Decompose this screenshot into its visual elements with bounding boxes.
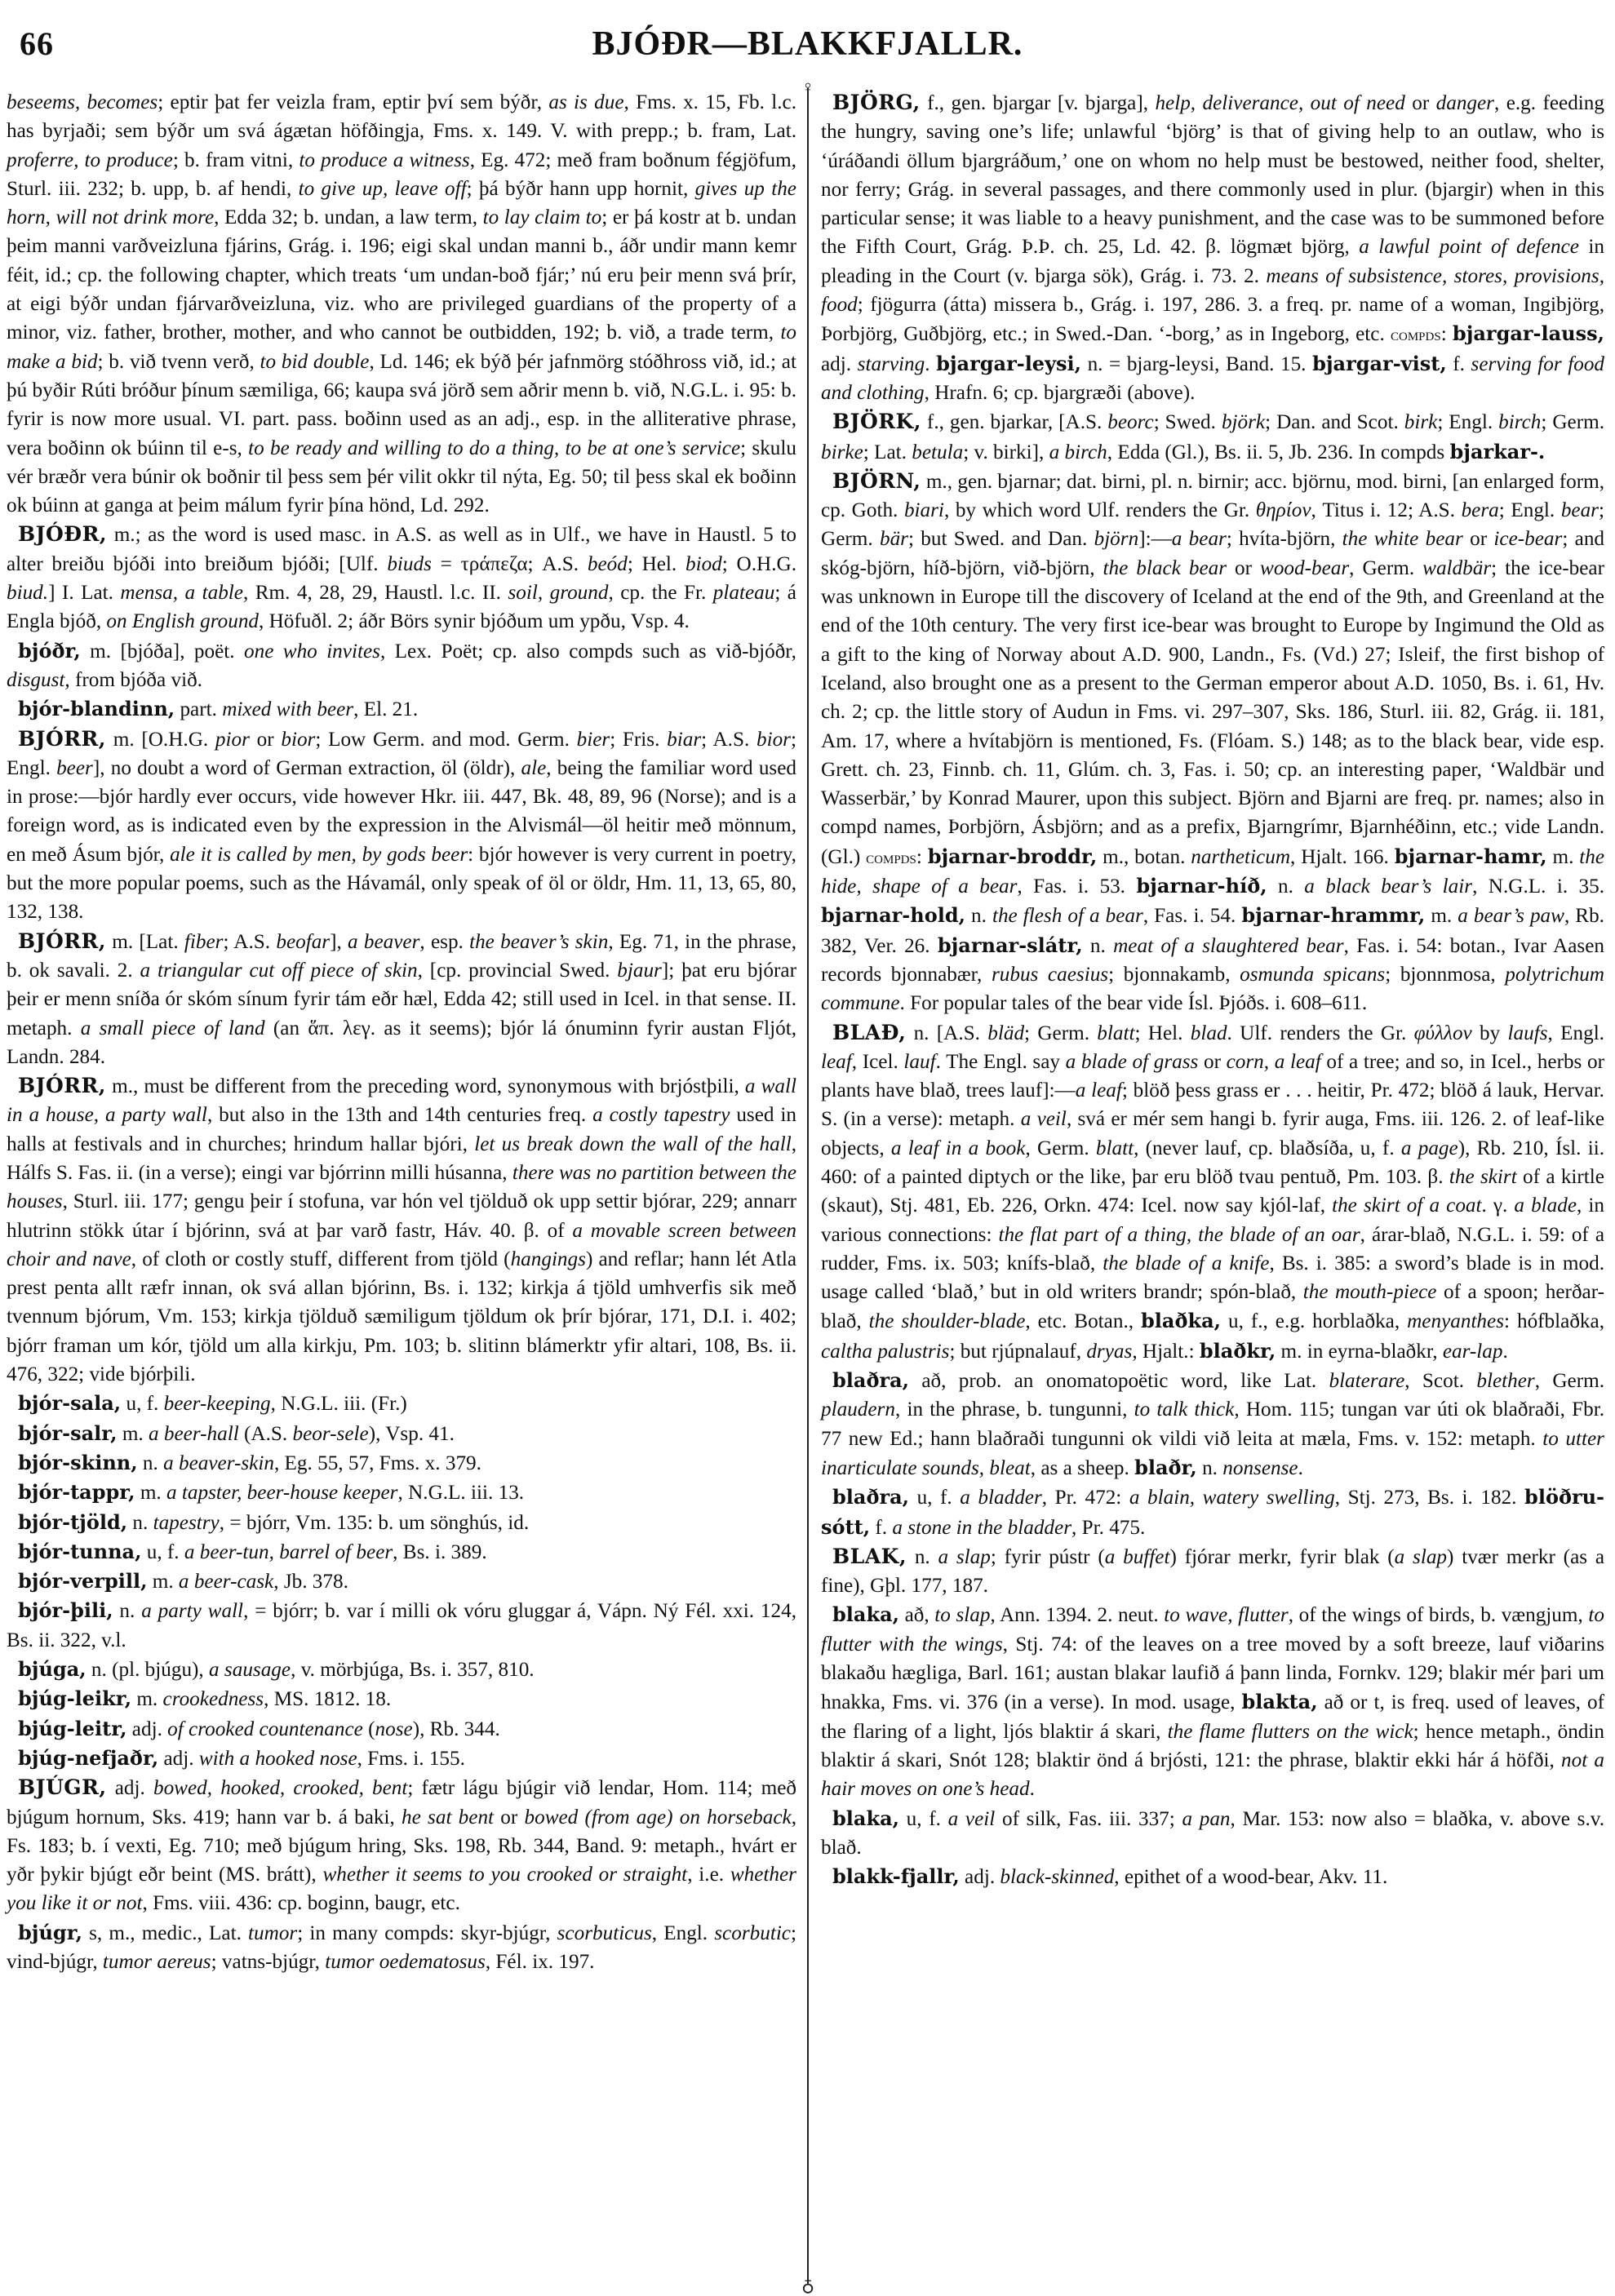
gloss-italic: betula (912, 441, 963, 463)
entry-text: n. (138, 1452, 163, 1474)
dictionary-entry: bjúg-nefjaðr, adj. with a hooked nose, F… (7, 1744, 796, 1773)
gloss-italic: ice-bear (1493, 528, 1562, 550)
gloss-italic: dryas (1086, 1341, 1132, 1363)
gloss-italic: caltha palustris (821, 1341, 949, 1363)
entry-text: ; A.S. (701, 729, 756, 751)
gloss-italic: menyanthes (1407, 1310, 1504, 1332)
entry-text: ; fyrir pústr ( (991, 1546, 1105, 1568)
gloss-italic: on English ground (106, 610, 259, 632)
gloss-italic: a birch (1049, 441, 1107, 463)
entry-text: ; Engl. (1499, 499, 1561, 521)
gloss-italic: whether it seems to you crooked or strai… (322, 1864, 687, 1886)
gloss-italic: bjaur (617, 960, 662, 982)
gloss-italic: as is due (548, 91, 623, 113)
entry-text: m. (135, 1482, 166, 1504)
headword: bjóðr, (18, 639, 81, 663)
small-caps-label: compds (866, 847, 916, 867)
headword-main: BJÓRR, (18, 727, 106, 751)
gloss-italic: a pan (1182, 1808, 1230, 1830)
rule-top-ornament-icon: ♀ (800, 78, 816, 96)
entry-text: , Germ. (1349, 557, 1422, 579)
gloss-italic: plaudern (821, 1398, 895, 1421)
entry-text: f. (1447, 353, 1471, 375)
headword: blaðkr, (1200, 1339, 1276, 1363)
gloss-italic: a party wall (141, 1600, 243, 1622)
headword: bjúg-leikr, (18, 1687, 131, 1710)
gloss-italic: birk (1404, 411, 1438, 433)
entry-text: adj. (960, 1866, 1001, 1888)
entry-text: , Hjalt. 166. (1290, 846, 1395, 868)
gloss-italic: scorbutic (714, 1922, 791, 1944)
gloss-italic: one who invites (244, 640, 380, 663)
entry-text: ; Germ. (1024, 1022, 1097, 1044)
entry-text: , Icel. (852, 1051, 904, 1073)
column-divider-rule (807, 88, 809, 2283)
entry-text: m. in eyrna-blaðkr, (1276, 1341, 1443, 1363)
gloss-italic: pior (215, 729, 250, 751)
gloss-italic: to be ready and willing to do a thing, t… (248, 437, 740, 459)
entry-text: , Hjalt.: (1132, 1341, 1200, 1363)
entry-text: m. [Lat. (106, 931, 184, 953)
dictionary-entry: blakk-fjallr, adj. black-skinned, epithe… (821, 1862, 1604, 1891)
dictionary-entry: blaðra, u, f. a bladder, Pr. 472: a blai… (821, 1483, 1604, 1542)
headword: bjúg-leitr, (18, 1717, 127, 1740)
gloss-italic: ale (521, 757, 546, 779)
gloss-italic: bowed (from age) on horseback (525, 1806, 792, 1828)
headword: bjarnar-híð, (1136, 874, 1267, 898)
entry-text: ; Dan. and Scot. (1265, 411, 1404, 433)
gloss-italic: beofar (276, 931, 330, 953)
gloss-italic: crookedness (163, 1688, 264, 1710)
entry-text: , Germ. (1025, 1137, 1095, 1159)
gloss-italic: bier (577, 729, 610, 751)
entry-text: adj. (127, 1718, 168, 1740)
running-head: BJÓÐR—BLAKKFJALLR. (0, 24, 1615, 64)
gloss-italic: let us break down the wall of the hall (474, 1133, 792, 1155)
entry-text: or (1405, 92, 1436, 114)
dictionary-entry: bjór-skinn, n. a beaver-skin, Eg. 55, 57… (7, 1448, 796, 1478)
entry-text: f., gen. bjarkar, [A.S. (921, 411, 1107, 433)
gloss-italic: birch (1498, 411, 1541, 433)
entry-text: ; Lat. (863, 441, 912, 463)
entry-text: n. (907, 1546, 938, 1568)
gloss-italic: bior (756, 729, 791, 751)
headword: blaka, (832, 1602, 899, 1626)
entry-text: n. (113, 1600, 142, 1622)
entry-text: , Engl. (652, 1922, 714, 1944)
headword: blaðr, (1134, 1456, 1197, 1479)
dictionary-entry: bjúg-leitr, adj. of crooked countenance … (7, 1714, 796, 1744)
entry-text: f., gen. bjargar [v. bjarga], (921, 92, 1156, 114)
gloss-italic: the mouth-piece (1303, 1281, 1437, 1303)
entry-text: ( (363, 1718, 375, 1740)
gloss-italic: a buffet (1105, 1546, 1170, 1568)
gloss-italic: a bladder (960, 1487, 1042, 1509)
entry-text: ; hvíta-björn, (1227, 528, 1342, 550)
entry-text: , v. mörbjúga, Bs. i. 357, 810. (291, 1659, 535, 1681)
entry-text: . The Engl. say (936, 1051, 1066, 1073)
dictionary-entry: bjór-blandinn, part. mixed with beer, El… (7, 694, 796, 724)
headword: bjargar-leysi, (936, 352, 1081, 375)
entry-text: , from bjóða við. (64, 669, 202, 691)
gloss-italic: a slap (938, 1546, 991, 1568)
entry-text: . (925, 353, 936, 375)
gloss-italic: laufs (1508, 1022, 1548, 1044)
gloss-italic: lauf (903, 1051, 935, 1073)
gloss-italic: a bear’s paw (1457, 905, 1564, 927)
gloss-italic: the flat part of a thing, the blade of a… (998, 1224, 1360, 1246)
entry-text: , Fél. ix. 197. (486, 1951, 595, 1973)
gloss-italic: birke (821, 441, 863, 463)
headword-main: BJÖRG, (832, 91, 921, 114)
dictionary-entry: bjúg-leikr, m. crookedness, MS. 1812. 18… (7, 1684, 796, 1713)
entry-text: ; but rjúpnalauf, (949, 1341, 1086, 1363)
entry-text: ) fjórar merkr, fyrir blak ( (1169, 1546, 1394, 1568)
entry-text: , Titus i. 12; A.S. (1311, 499, 1462, 521)
headword: bjargar-vist, (1312, 352, 1447, 375)
entry-text: , = bjórr, Vm. 135: b. um sönghús, id. (220, 1512, 529, 1534)
entry-text: , Lex. Poët; cp. also compds such as við… (380, 640, 796, 663)
gloss-italic: mixed with beer (222, 698, 353, 720)
dictionary-entry: bjór-salr, m. a beer-hall (A.S. beor-sel… (7, 1419, 796, 1448)
headword-main: BLAÐ, (832, 1021, 906, 1044)
dictionary-entry: beseems, becomes; eptir þat fer veizla f… (7, 88, 796, 520)
entry-text: u, f. (121, 1393, 163, 1415)
entry-text: u, f. (141, 1541, 184, 1563)
entry-text: , [cp. provincial Swed. (418, 960, 618, 982)
gloss-italic: nose (375, 1718, 413, 1740)
entry-text: or (1227, 557, 1260, 579)
gloss-italic: a beer-tun, barrel of beer (184, 1541, 393, 1563)
dictionary-entry: BJÓÐR, m.; as the word is used masc. in … (7, 520, 796, 636)
entry-text: : (916, 846, 928, 868)
headword: bjór-skinn, (18, 1451, 138, 1474)
entry-text: ; the ice-bear was unknown in Europe til… (821, 557, 1604, 868)
entry-text: , Ann. 1394. 2. neut. (990, 1604, 1164, 1626)
entry-text: or (1463, 528, 1494, 550)
entry-text: ; vatns-bjúgr, (211, 1951, 326, 1973)
headword: bjarkar-. (1449, 440, 1545, 463)
gloss-italic: blaterare (1329, 1370, 1404, 1392)
gloss-italic: to give up, leave off (299, 178, 467, 200)
entry-text: ; Swed. (1154, 411, 1222, 433)
entry-text: of silk, Fas. iii. 337; (995, 1808, 1182, 1830)
headword: bjarnar-hold, (821, 903, 965, 927)
column-right: BJÖRG, f., gen. bjargar [v. bjarga], hel… (821, 88, 1604, 1891)
gloss-italic: tapestry (153, 1512, 220, 1534)
dictionary-entry: BJÖRK, f., gen. bjarkar, [A.S. beorc; Sw… (821, 407, 1604, 467)
entry-text: , MS. 1812. 18. (264, 1688, 391, 1710)
entry-text: ] I. Lat. (48, 582, 120, 604)
entry-text: . (1503, 1341, 1508, 1363)
dictionary-entry: bjóðr, m. [bjóða], poët. one who invites… (7, 636, 796, 695)
gloss-italic: a blade of grass (1066, 1051, 1199, 1073)
entry-text: , Hrafn. 6; cp. bjargræði (above). (925, 382, 1196, 404)
entry-text: ], (330, 931, 348, 953)
dictionary-entry: bjór-tappr, m. a tapster, beer-house kee… (7, 1478, 796, 1507)
gloss-italic: a black bear’s lair (1304, 875, 1472, 898)
gloss-italic: blad (1191, 1022, 1227, 1044)
entry-text: n. (pl. bjúgu), (87, 1659, 209, 1681)
gloss-italic: bear (1561, 499, 1599, 521)
dictionary-entry: bjúgr, s, m., medic., Lat. tumor; in man… (7, 1918, 796, 1977)
entry-text: , Pr. 475. (1071, 1517, 1145, 1539)
entry-text: ; b. fram vitni, (173, 149, 299, 171)
entry-text: n. (965, 905, 992, 927)
gloss-italic: a sausage (209, 1659, 291, 1681)
gloss-italic: a veil (948, 1808, 996, 1830)
entry-text: adj. (158, 1748, 199, 1770)
gloss-italic: biar (667, 729, 701, 751)
gloss-italic: soil, ground (508, 582, 608, 604)
dictionary-entry: BLAÐ, n. [A.S. bläd; Germ. blatt; Hel. b… (821, 1018, 1604, 1367)
entry-text: , but also in the 13th and 14th centurie… (207, 1104, 592, 1126)
entry-text: ; bjonnakamb, (1108, 964, 1240, 986)
gloss-italic: the flame flutters on the wick (1168, 1721, 1413, 1743)
dictionary-entry: BJÓRR, m. [Lat. fiber; A.S. beofar], a b… (7, 927, 796, 1071)
gloss-italic: φύλλον (1414, 1022, 1472, 1044)
gloss-italic: beód (588, 553, 628, 575)
headword: bjúga, (18, 1657, 87, 1681)
gloss-italic: mensa, a table (120, 582, 243, 604)
entry-text: ; b. við tvenn verð, (98, 351, 260, 373)
entry-text: or (1198, 1051, 1226, 1073)
gloss-italic: beor-sele (293, 1423, 369, 1445)
entry-text: (A.S. (239, 1423, 293, 1445)
gloss-italic: to wave, flutter (1164, 1604, 1288, 1626)
entry-text: , Fas. i. 53. (1017, 875, 1136, 898)
gloss-italic: a beer-hall (149, 1423, 239, 1445)
entry-text: , Fms. i. 155. (357, 1748, 465, 1770)
entry-text: , cp. the Fr. (608, 582, 712, 604)
headword-main: BJÓÐR, (18, 522, 107, 546)
gloss-italic: ear-lap (1443, 1341, 1503, 1363)
gloss-italic: proferre, to produce (7, 149, 173, 171)
gloss-italic: tumor oedematosus (325, 1951, 486, 1973)
entry-text: . (1030, 1778, 1035, 1800)
headword-main: BJÖRK, (832, 410, 921, 433)
headword: bjarnar-hrammr, (1241, 903, 1425, 927)
entry-text: , e.g. feeding the hungry, saving one’s … (821, 92, 1604, 258)
gloss-italic: to produce a witness (299, 149, 469, 171)
headword-main: BLAK, (832, 1545, 907, 1568)
entry-text: adj. (821, 353, 858, 375)
dictionary-entry: BLAK, n. a slap; fyrir pústr (a buffet) … (821, 1542, 1604, 1601)
gloss-italic: beorc (1107, 411, 1153, 433)
gloss-italic: scorbuticus (557, 1922, 652, 1944)
entry-text: m. (1425, 905, 1457, 927)
headword: bjór-tappr, (18, 1480, 135, 1504)
headword: bjór-salr, (18, 1421, 118, 1445)
entry-text: = τράπεζα; A.S. (432, 553, 588, 575)
entry-text: adj. (107, 1777, 153, 1799)
entry-text: ), Rb. 344. (413, 1718, 500, 1740)
gloss-italic: biud. (7, 582, 48, 604)
entry-text: n. = bjarg-leysi, Band. 15. (1081, 353, 1312, 375)
entry-text: , Scot. (1404, 1370, 1476, 1392)
gloss-italic: ale it is called by men, by gods beer (170, 844, 468, 866)
gloss-italic: help, deliverance, out of need (1155, 92, 1404, 114)
gloss-italic: björk (1222, 411, 1265, 433)
entry-text: n. (1197, 1457, 1222, 1479)
gloss-italic: with a hooked nose (199, 1748, 357, 1770)
headword: bjarnar-broddr, (928, 844, 1098, 868)
entry-text: , Edda (Gl.), Bs. ii. 5, Jb. 236. In com… (1107, 441, 1450, 463)
gloss-italic: the shoulder-blade (869, 1310, 1026, 1332)
entry-text: part. (175, 698, 222, 720)
gloss-italic: meat of a slaughtered bear (1113, 935, 1343, 957)
entry-text: . For popular tales of the bear vide Ísl… (900, 992, 1368, 1014)
gloss-italic: black-skinned (1000, 1866, 1114, 1888)
dictionary-entry: BJÓRR, m. [O.H.G. pior or bior; Low Germ… (7, 725, 796, 927)
gloss-italic: to talk thick (1134, 1398, 1235, 1421)
entry-text: ; but Swed. and Dan. (908, 528, 1094, 550)
gloss-italic: a costly tapestry (592, 1104, 730, 1126)
headword-main: BJÚGR, (18, 1775, 107, 1799)
entry-text: , N.G.L. i. 35. (1472, 875, 1604, 898)
gloss-italic: plateau (713, 582, 775, 604)
headword: blaðra, (832, 1485, 909, 1509)
entry-text: by (1472, 1022, 1508, 1044)
entry-text: , i.e. (687, 1864, 730, 1886)
entry-text: ; Germ. (1541, 411, 1604, 433)
gloss-italic: a veil (1021, 1108, 1067, 1130)
gloss-italic: nonsense (1222, 1457, 1298, 1479)
headword: blakk-fjallr, (832, 1864, 960, 1888)
gloss-italic: nartheticum (1191, 846, 1290, 868)
entry-text: : hófblaðka, (1504, 1310, 1604, 1332)
entry-text: , of the wings of birds, b. vængjum, (1289, 1604, 1589, 1626)
entry-text: ; Fris. (610, 729, 667, 751)
dictionary-entry: bjór-þili, n. a party wall, = bjórr; b. … (7, 1596, 796, 1655)
gloss-italic: björn (1094, 528, 1139, 550)
entry-text: , N.G.L. iii. 13. (397, 1482, 524, 1504)
headword: bjargar-lauss, (1453, 321, 1604, 345)
gloss-italic: a beaver-skin (163, 1452, 274, 1474)
entry-text: , Stj. 273, Bs. i. 182. (1335, 1487, 1524, 1509)
entry-text: n. (1083, 935, 1113, 957)
gloss-italic: bera (1462, 499, 1499, 521)
headword: blakta, (1242, 1690, 1318, 1713)
gloss-italic: biuds (387, 553, 432, 575)
dictionary-entry: BJÖRN, m., gen. bjarnar; dat. birni, pl.… (821, 467, 1604, 1018)
entry-text: : (1441, 323, 1453, 345)
gloss-italic: to bid double (260, 351, 370, 373)
dictionary-entry: BJÓRR, m., must be different from the pr… (7, 1071, 796, 1389)
entry-text: u, f., e.g. horblaðka, (1221, 1310, 1407, 1332)
entry-text: , Edda 32; b. undan, a law term, (214, 206, 483, 228)
entry-text: ; O.H.G. (722, 553, 796, 575)
gloss-italic: disgust (7, 669, 64, 691)
gloss-italic: a blade (1514, 1195, 1577, 1217)
entry-text: , El. 21. (353, 698, 418, 720)
entry-text: , Jb. 378. (273, 1571, 348, 1593)
gloss-italic: leaf (821, 1051, 852, 1073)
entry-text: ; bjonnmosa, (1385, 964, 1505, 986)
gloss-italic: waldbär (1422, 557, 1491, 579)
entry-text: , (never lauf, cp. blaðsíða, u, f. (1134, 1137, 1401, 1159)
gloss-italic: wood-bear (1260, 557, 1349, 579)
gloss-italic: a triangular cut off piece of skin (140, 960, 418, 982)
entry-text: , as a sheep. (1031, 1457, 1134, 1479)
entry-text: s, m., medic., Lat. (82, 1922, 248, 1944)
gloss-italic: a blain, watery swelling (1129, 1487, 1335, 1509)
gloss-italic: beseems, becomes (7, 91, 158, 113)
entry-text: . γ. (1482, 1195, 1515, 1217)
headword: bjór-verpill, (18, 1569, 147, 1593)
entry-text: ; Hel. (1134, 1022, 1190, 1044)
dictionary-entry: blaka, að, to slap, Ann. 1394. 2. neut. … (821, 1600, 1604, 1803)
gloss-italic: a page (1401, 1137, 1458, 1159)
entry-text: m. [bjóða], poët. (81, 640, 244, 663)
gloss-italic: bowed, hooked, crooked, bent (153, 1777, 407, 1799)
gloss-italic: the blade of a knife (1103, 1252, 1269, 1274)
dictionary-entry: blaðra, að, prob. an onomatopoëtic word,… (821, 1366, 1604, 1483)
headword: bjór-blandinn, (18, 697, 175, 720)
gloss-italic: starving (858, 353, 925, 375)
gloss-italic: fiber (184, 931, 224, 953)
gloss-italic: corn, a leaf (1227, 1051, 1321, 1073)
rule-bottom-ornament-icon: ♁ (800, 2276, 816, 2294)
entry-text: m. [O.H.G. (106, 729, 215, 751)
gloss-italic: rubus caesius (992, 964, 1108, 986)
entry-text: m. (131, 1688, 162, 1710)
entry-text: , etc. Botan., (1025, 1310, 1141, 1332)
entry-text: or (494, 1806, 524, 1828)
dictionary-entry: bjór-tjöld, n. tapestry, = bjórr, Vm. 13… (7, 1508, 796, 1537)
entry-text: að, prob. an onomatopoëtic word, like La… (909, 1370, 1329, 1392)
entry-text: , Fms. viii. 436: cp. boginn, baugr, etc… (143, 1892, 460, 1914)
entry-text: n. (127, 1512, 153, 1534)
entry-text: m., must be different from the preceding… (106, 1075, 745, 1097)
headword-main: BJÖRN, (832, 469, 921, 493)
headword: bjúg-nefjaðr, (18, 1746, 158, 1770)
headword: bjór-sala, (18, 1391, 121, 1415)
gloss-italic: the flesh of a bear (992, 905, 1143, 927)
column-left: beseems, becomes; eptir þat fer veizla f… (7, 88, 796, 1976)
gloss-italic: a small piece of land (81, 1017, 265, 1039)
gloss-italic: tumor aereus (103, 1951, 211, 1973)
gloss-italic: biod (685, 553, 722, 575)
gloss-italic: bior (281, 729, 315, 751)
gloss-italic: the skirt (1449, 1166, 1517, 1188)
gloss-italic: beer (56, 757, 93, 779)
entry-text: u, f. (899, 1808, 948, 1830)
gloss-italic: bär (880, 528, 908, 550)
entry-text: , Rm. 4, 28, 29, Haustl. l.c. II. (243, 582, 508, 604)
gloss-italic: a leaf in a book (891, 1137, 1026, 1159)
entry-text: m. (118, 1423, 149, 1445)
entry-text: ; Engl. (1437, 411, 1498, 433)
entry-text: n. (1267, 875, 1305, 898)
gloss-italic: osmunda spicans (1240, 964, 1385, 986)
gloss-italic: the beaver’s skin (469, 931, 608, 953)
gloss-italic: a beaver (348, 931, 419, 953)
entry-text: , esp. (419, 931, 469, 953)
entry-text: , of cloth or costly stuff, different fr… (131, 1248, 511, 1270)
dictionary-entry: bjúga, n. (pl. bjúgu), a sausage, v. mör… (7, 1655, 796, 1684)
entry-text: or (250, 729, 281, 751)
entry-text: , N.G.L. iii. (Fr.) (271, 1393, 407, 1415)
entry-text: , Engl. (1548, 1022, 1604, 1044)
entry-text: ], no doubt a word of German extraction,… (93, 757, 521, 779)
entry-text: u, f. (909, 1487, 960, 1509)
gloss-italic: a tapster, beer-house keeper (166, 1482, 397, 1504)
entry-text: ; v. birki], (963, 441, 1049, 463)
gloss-italic: to lay claim to (483, 206, 602, 228)
entry-text: f. (870, 1517, 892, 1539)
dictionary-entry: blaka, u, f. a veil of silk, Fas. iii. 3… (821, 1804, 1604, 1863)
